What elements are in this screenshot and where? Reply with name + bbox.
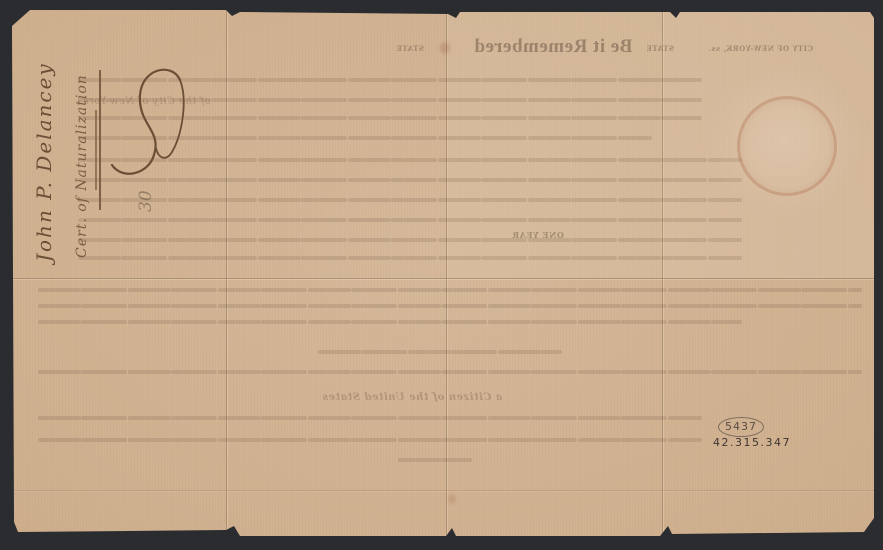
docket-number: 30 — [136, 190, 156, 212]
docket-subtitle: Cert. of Naturalization — [74, 74, 90, 258]
archive-catalog-number: 42.315.347 — [713, 436, 791, 449]
archive-stamp-number: 5437 — [718, 417, 764, 437]
docket-name: John P. Delancey — [32, 62, 56, 262]
seal-ring-icon — [737, 96, 837, 196]
